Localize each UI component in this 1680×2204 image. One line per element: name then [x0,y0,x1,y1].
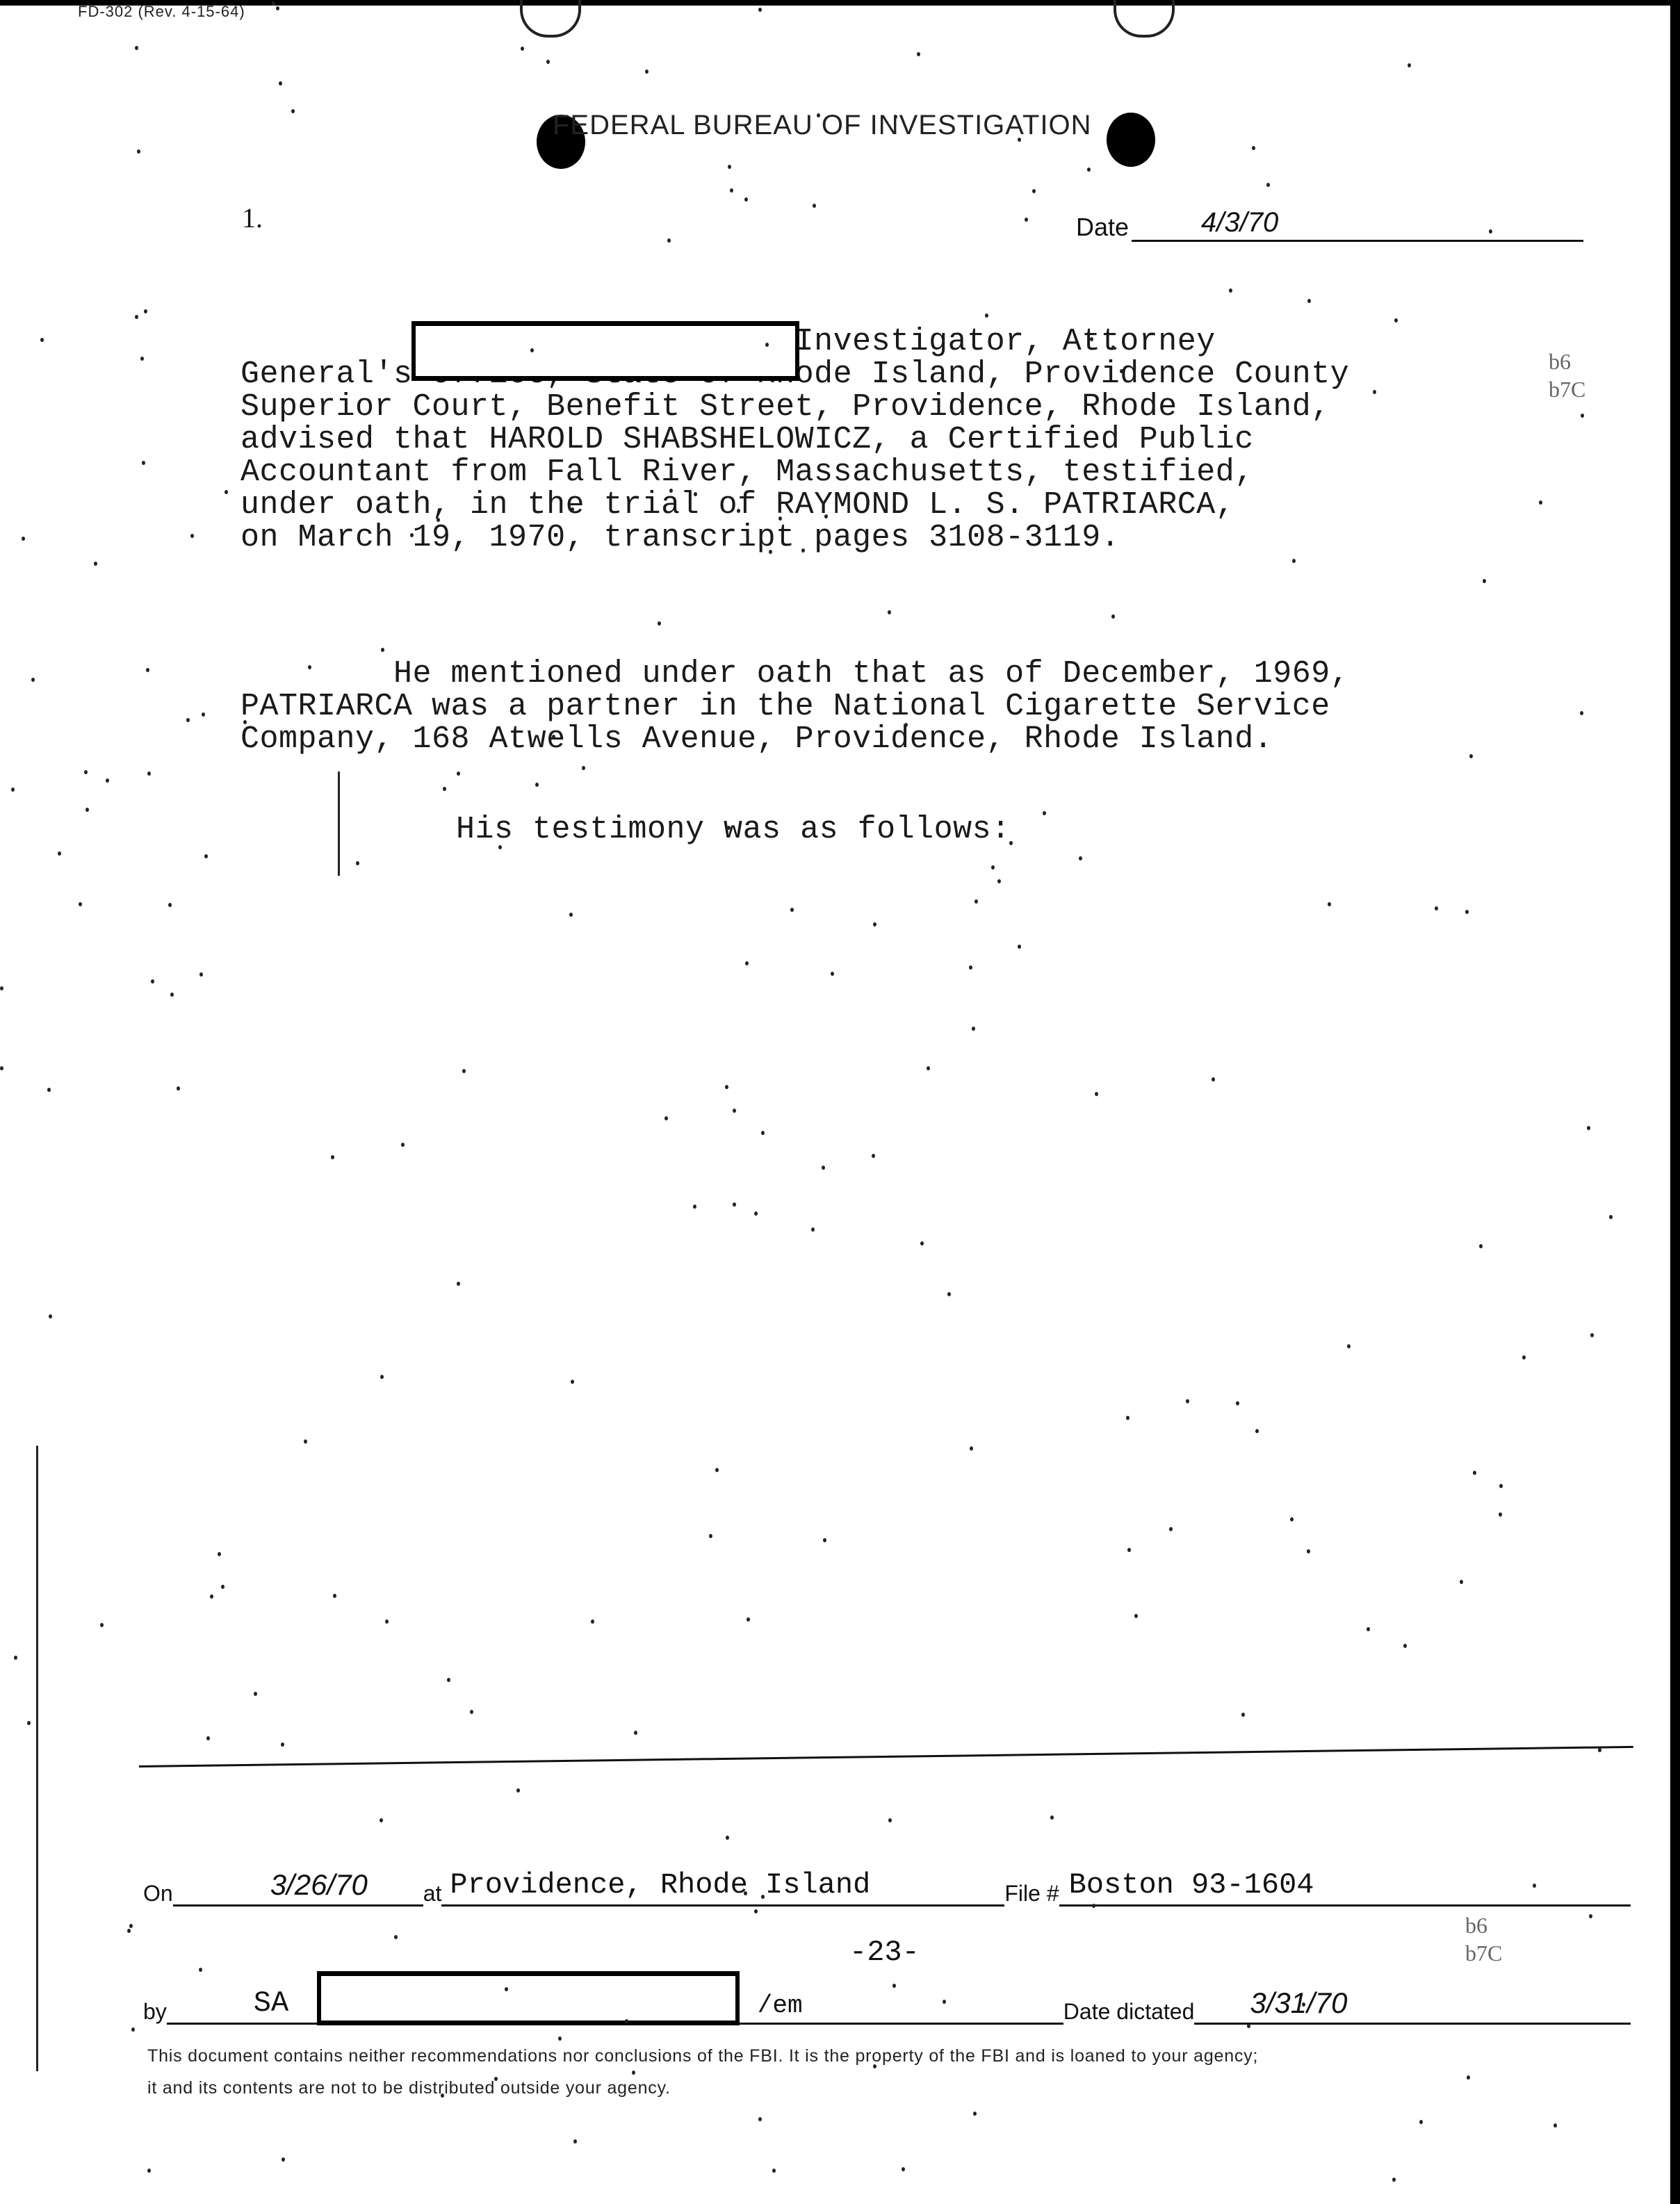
scan-speck [634,1731,637,1735]
scan-speck [385,1619,389,1624]
scan-speck [1499,1484,1503,1488]
scan-speck [904,723,908,727]
scan-speck [281,1742,284,1747]
scan-speck [1043,811,1046,815]
scan-speck [437,518,440,522]
scan-speck [973,2112,977,2116]
scan-speck [79,902,82,906]
scan-speck [709,1534,712,1538]
scan-speck [505,1987,508,1991]
scan-speck [1580,711,1583,715]
scan-speck [927,1066,930,1070]
scan-speck [715,1468,719,1472]
scan-speck [733,1109,736,1113]
scan-speck [1266,183,1270,187]
scan-speck [146,668,149,672]
file-number-value: Boston 93-1604 [1069,1868,1314,1902]
scan-speck [801,548,805,553]
disclaimer-line-2: it and its contents are not to be distri… [147,2072,1621,2104]
scan-speck [1587,1126,1590,1130]
scan-speck [1403,1644,1407,1648]
scan-speck [726,1836,729,1840]
scan-speck [669,489,673,493]
scan-speck [308,665,311,669]
scan-speck [27,1721,31,1725]
scan-speck [894,115,897,119]
page-marker: 1. [242,202,263,234]
scan-speck [822,1166,825,1170]
scan-speck [447,1678,450,1682]
date-dictated-label: Date dictated [1063,1999,1195,2025]
scan-speck [761,1895,765,1899]
scan-speck [304,1439,307,1444]
scan-speck [1394,318,1398,323]
date-value: 4/3/70 [1201,207,1278,238]
scan-speck [1533,1884,1536,1888]
scan-speck [1307,1549,1310,1553]
scan-speck [727,826,731,830]
scan-speck [591,1619,594,1624]
scan-speck [730,188,733,193]
scan-speck [1018,138,1021,142]
scan-speck [380,1375,384,1379]
scan-speck [824,514,828,519]
text-line: on March 19, 1970, transcript pages 3108… [240,521,1526,554]
date-line: 4/3/70 [1132,212,1583,242]
scan-speck [725,1085,728,1089]
scan-speck [831,972,834,976]
scan-speck [754,1211,758,1216]
redaction-box-agent [317,1971,740,2025]
scan-speck [276,6,279,10]
scan-speck [974,899,978,904]
scan-speck [1499,1512,1502,1517]
exemption-codes-bottom: b6 b7C [1465,1911,1502,1967]
scan-speck [135,315,138,319]
file-value-line: Boston 93-1604 [1059,1870,1631,1907]
scan-speck [131,2027,135,2032]
scan-speck [1050,1815,1054,1820]
scan-speck [410,533,414,537]
date-dictated-value: 3/31/70 [1250,1986,1347,2020]
scan-speck [552,735,555,739]
scan-speck [381,648,384,652]
scan-speck [1199,700,1202,704]
scan-speck [151,979,154,983]
scan-speck [0,1066,3,1070]
scan-speck [199,1968,202,1972]
scan-speck [100,1623,104,1627]
scan-speck [394,1935,398,1939]
date-label: Date [1076,213,1129,242]
scan-speck [799,676,802,680]
scan-speck [457,1282,460,1286]
scan-speck [917,52,920,56]
scan-speck [1302,2002,1305,2007]
separator-rule [139,1746,1633,1768]
scan-speck [498,845,502,849]
scan-speck [84,770,88,774]
scan-speck [1247,2024,1250,2028]
scan-speck [331,1155,334,1159]
scan-speck [106,778,109,783]
scan-speck [546,60,550,64]
scan-speck [902,2167,905,2171]
scan-speck [872,1154,875,1158]
scan-speck [778,516,782,521]
scan-speck [22,537,25,541]
text-line: Accountant from Fall River, Massachusett… [240,456,1526,489]
scan-speck [1328,902,1331,906]
scan-speck [457,772,460,776]
scan-speck [1018,945,1021,949]
scan-speck [1460,1580,1463,1584]
scan-speck [1079,856,1082,860]
binder-ring-mark-left [520,0,581,38]
scan-speck [199,972,203,977]
scan-speck [494,2077,498,2081]
binder-ring-mark-right [1114,0,1175,38]
scan-speck [754,1909,758,1913]
scan-speck [571,507,574,512]
scan-speck [356,861,359,865]
scan-speck [254,1692,257,1696]
text-line: PATRIARCA was a partner in the National … [240,690,1526,723]
scan-speck [210,1594,213,1599]
scan-speck [645,70,649,74]
scan-speck [823,1538,826,1542]
scan-speck [1590,1333,1594,1337]
scan-speck [1229,288,1232,293]
punch-hole-right [1107,113,1155,167]
scan-speck [47,1088,51,1092]
scan-speck [1522,1355,1526,1360]
date-dictated-line: 3/31/70 [1194,1988,1631,2025]
scan-speck [744,1891,747,1895]
scan-speck [140,357,144,361]
exemption-b7c: b7C [1465,1939,1502,1967]
form-number: FD-302 (Rev. 4-15-64) [78,3,245,21]
scan-speck [225,490,228,494]
scan-speck [1347,1344,1351,1348]
scan-speck [1126,1416,1129,1420]
agency-header: FEDERAL BUREAU OF INVESTIGATION [553,110,1092,141]
paragraph-2: He mentioned under oath that as of Decem… [240,658,1526,756]
scan-speck [218,1552,221,1556]
scan-speck [186,718,190,722]
scan-speck [1134,1614,1138,1618]
redaction-box-name [411,321,799,381]
scan-speck [279,81,282,85]
page-number: -23- [849,1936,920,1969]
scan-speck [1290,1517,1294,1521]
scan-speck [1473,1471,1476,1475]
scan-speck [144,309,147,313]
scan-speck [127,1929,131,1933]
scan-speck [1598,1748,1601,1752]
disclaimer: This document contains neither recommend… [147,2040,1621,2104]
scan-speck [1392,2178,1396,2182]
file-label: File # [1004,1881,1059,1907]
scan-speck [972,1027,975,1031]
margin-mark [338,772,340,876]
scan-speck [1127,1548,1131,1552]
scan-speck [1419,2120,1423,2124]
scan-speck [728,165,731,169]
scan-speck [664,1116,668,1120]
exemption-b6: b6 [1549,348,1585,375]
footer-on-row: On 3/26/70 at Providence, Rhode Island F… [143,1870,1631,1907]
scan-speck [888,610,891,614]
exemption-b6: b6 [1465,1911,1502,1939]
scan-speck [745,961,749,965]
scan-speck [129,1924,133,1928]
scan-speck [1111,345,1115,350]
scan-speck [243,720,247,724]
scan-speck [997,879,1001,883]
scan-speck [1025,218,1028,222]
scan-speck [401,1143,405,1147]
scan-speck [947,1292,951,1296]
text-line: advised that HAROLD SHABSHELOWICZ, a Cer… [240,423,1526,456]
scan-speck [1292,559,1296,563]
scan-speck [535,783,539,787]
text-line: under oath, in the trial of RAYMOND L. S… [240,489,1526,521]
on-label: On [143,1881,173,1907]
scan-speck [170,993,174,997]
scan-speck [1539,500,1542,505]
scan-speck [1367,1627,1370,1631]
scan-speck [1467,2075,1470,2080]
scan-speck [1609,1215,1613,1219]
scan-speck [667,238,671,243]
scan-speck [1090,337,1093,341]
on-date-value: 3/26/70 [270,1868,368,1902]
scan-speck [765,343,769,347]
scan-speck [920,1241,924,1246]
scan-speck [380,1818,383,1822]
scan-speck [969,965,972,970]
scan-speck [462,1069,466,1073]
scan-speck [790,908,794,912]
scan-speck [190,534,194,538]
scan-speck [873,2064,876,2068]
scan-speck [137,149,140,154]
scan-speck [1465,910,1469,914]
scan-speck [135,46,138,50]
scan-speck [94,562,97,566]
scan-speck [168,903,172,907]
by-label: by [143,1999,167,2025]
scan-speck [991,865,995,870]
scan-speck [758,2117,762,2121]
paragraph-3: His testimony was as follows: [456,813,1680,846]
scan-speck [272,1,275,6]
at-location-value: Providence, Rhode Island [450,1868,870,1902]
scan-speck [31,678,35,682]
scan-speck [1307,299,1311,303]
scan-speck [888,1818,892,1822]
scan-speck [769,550,772,554]
scan-speck [571,1380,574,1384]
scan-speck [1087,168,1091,172]
scan-speck [1241,1713,1245,1717]
scan-speck [1589,1914,1592,1918]
scan-speck [1408,63,1411,67]
scan-speck [1255,1429,1259,1433]
agent-prefix: SA [254,1986,288,2020]
scan-speck [1581,414,1584,418]
scan-speck [658,621,661,626]
scan-speck [291,109,295,113]
scan-speck [970,1446,973,1451]
scan-speck [817,113,820,117]
scan-speck [744,197,748,202]
scan-speck [892,1984,896,1988]
scan-speck [40,338,44,342]
scan-speck [737,509,740,513]
scan-speck [516,1788,520,1793]
scan-speck [204,854,208,858]
scan-speck [873,922,876,927]
exemption-b7c: b7C [1549,375,1585,403]
scan-speck [443,787,446,791]
scan-speck [693,1205,696,1209]
scan-speck [1092,1904,1095,1908]
scan-speck [985,313,988,318]
text-line: Company, 168 Atwells Avenue, Providence,… [240,723,1526,756]
scan-speck [1469,754,1473,758]
scan-speck [11,787,15,792]
scan-speck [14,1656,17,1660]
scan-speck [625,2019,628,2023]
scan-speck [530,348,534,352]
scan-speck [147,2169,151,2173]
scan-speck [569,913,573,917]
scan-speck [811,1227,815,1232]
at-label: at [423,1881,442,1907]
on-value-line: 3/26/70 [173,1870,423,1907]
scan-speck [1169,1527,1173,1531]
scan-speck [142,461,145,465]
scan-speck [1186,1399,1189,1403]
scan-speck [177,1086,180,1091]
scan-speck [632,2071,635,2075]
scan-speck [147,772,151,776]
scan-speck [573,2139,577,2144]
scan-speck [813,204,816,208]
scan-speck [1212,1077,1215,1081]
scan-speck [758,8,762,12]
disclaimer-line-1: This document contains neither recommend… [147,2040,1621,2072]
scan-speck [1373,390,1376,394]
date-field: Date 4/3/70 [1076,212,1583,242]
scan-speck [1009,841,1013,845]
scan-speck [1479,1244,1483,1248]
typist-initials: /em [758,1991,803,2020]
scan-speck [1111,614,1115,619]
margin-mark-left-edge [36,1446,38,2071]
scan-speck [0,986,3,990]
scan-speck [1435,906,1438,911]
scan-speck [943,2000,946,2004]
scan-speck [558,2036,562,2041]
scan-speck [942,471,945,475]
scan-speck [206,1736,210,1740]
scan-speck [221,1585,225,1589]
scan-speck [761,1131,765,1135]
scan-speck [521,47,524,51]
exemption-codes-top: b6 b7C [1549,348,1585,403]
scan-speck [1483,579,1486,583]
text-line: He mentioned under oath that as of Decem… [240,658,1526,690]
text-line: Superior Court, Benefit Street, Providen… [240,391,1526,423]
scan-speck [202,712,205,717]
scan-edge-top [0,0,1680,6]
scan-speck [58,851,61,856]
scan-speck [282,2157,285,2162]
scan-speck [1120,369,1123,373]
scan-speck [85,808,89,812]
scan-speck [733,1202,736,1207]
scan-edge-right [1670,0,1680,2204]
scan-speck [441,2093,444,2098]
scan-speck [694,492,697,496]
scan-speck [1252,146,1255,150]
scan-speck [333,1594,336,1598]
scan-speck [1553,2123,1557,2128]
at-value-line: Providence, Rhode Island [441,1870,1004,1907]
scan-speck [582,766,585,770]
scan-speck [747,1617,750,1622]
scan-speck [470,1710,473,1714]
scan-speck [1032,189,1036,193]
scan-speck [1095,1092,1098,1096]
scan-speck [772,2169,776,2173]
scan-speck [49,1314,52,1319]
scan-speck [1489,229,1492,234]
scan-speck [1236,1401,1239,1405]
